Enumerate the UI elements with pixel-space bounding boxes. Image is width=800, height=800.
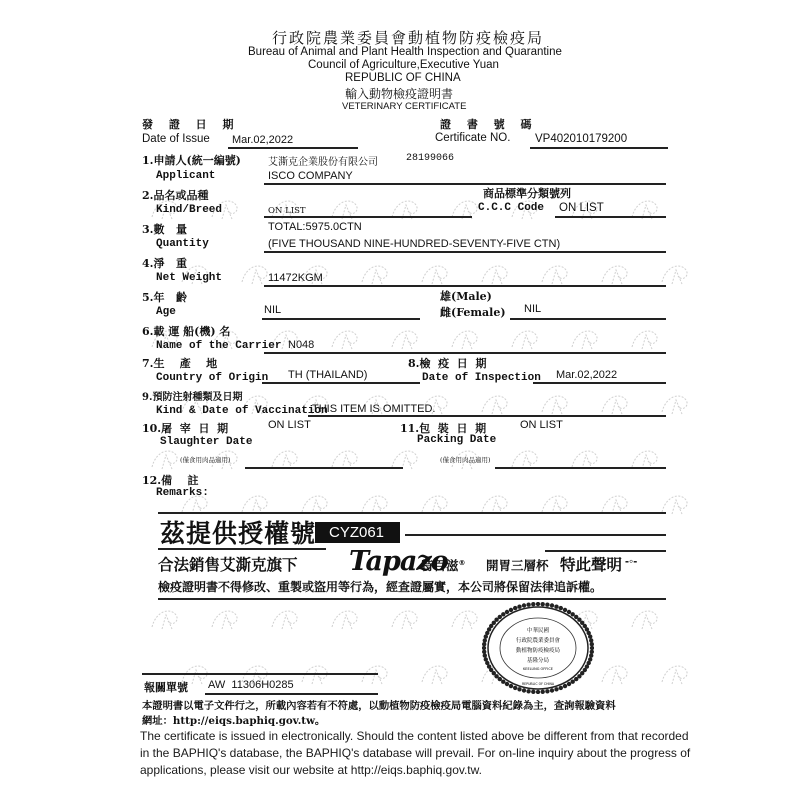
seal-line1: 中華民國 [527, 626, 550, 634]
kind-label-en: Kind/Breed [156, 204, 222, 216]
female-label: 雌(Female) [440, 304, 506, 320]
applicant-tax-id: 28199066 [406, 153, 454, 164]
customs-overline [142, 673, 378, 675]
sex-underline [510, 318, 666, 320]
issue-date-underline [228, 147, 358, 149]
quantity-value-line2: (FIVE THOUSAND NINE-HUNDRED-SEVENTY-FIVE… [268, 238, 560, 250]
male-label: 雄(Male) [440, 288, 492, 304]
seal-line3: 動植物防疫檢疫局 [516, 646, 561, 654]
slaughter-note: (僅食用肉品適用) [180, 455, 231, 464]
inspection-label-zh: 8.檢 疫 日 期 [408, 355, 486, 371]
age-label-zh: 5.年 齡 [142, 289, 187, 305]
cert-no-label-en: Certificate NO. [435, 132, 510, 144]
warning-underline [158, 598, 666, 600]
kind-value: ON LIST [268, 206, 306, 216]
issue-date-label-en: Date of Issue [142, 133, 210, 145]
ccc-label-zh: 商品標準分類號列 [483, 185, 571, 201]
ccc-value: ON LIST [559, 202, 604, 214]
net-weight-value: 11472KGM [268, 272, 323, 284]
seal-line4: 基隆分局 [527, 656, 550, 664]
carrier-label-zh: 6.載 運 船(機) 名 [142, 323, 230, 339]
council-name-en: Council of Agriculture,Executive Yuan [308, 59, 499, 71]
customs-label-zh: 報關單號 [144, 679, 188, 695]
slaughter-value: ON LIST [268, 419, 311, 431]
country-name-en: REPUBLIC OF CHINA [345, 72, 461, 84]
inspection-value: Mar.02,2022 [556, 369, 617, 381]
notice-zh-line1: 本證明書以電子文件行之，所載內容若有不符處，以動植物防疫檢疫局電腦資料紀錄為主，… [142, 697, 616, 712]
official-seal: 中華民國 行政院農業委員會 動植物防疫檢疫局 基隆分局 KEELUNG OFFI… [482, 602, 594, 694]
notice-en-line2: in the BAPHIQ's database, the BAPHIQ's d… [140, 745, 690, 762]
carrier-underline [264, 352, 666, 354]
registered-mark: ® [459, 559, 466, 567]
applicant-value-zh: 艾澌克企業股份有限公司 [268, 153, 378, 168]
authorization-line [405, 534, 666, 536]
legal-sale-text: 合法銷售艾澌克旗下 [158, 553, 298, 575]
inspection-underline [533, 382, 666, 384]
quantity-underline [264, 251, 666, 253]
cert-no-underline [530, 147, 668, 149]
age-label-en: Age [156, 306, 176, 318]
age-value: NIL [264, 304, 281, 316]
declaration-text: 特此聲明 [560, 553, 622, 575]
kind-label-zh: 2.品名或品種 [142, 187, 208, 203]
certificate-title-en: VETERINARY CERTIFICATE [342, 101, 466, 112]
declaration-dash: -◦- [625, 554, 637, 568]
quantity-label-en: Quantity [156, 238, 209, 250]
carrier-label-en: Name of the Carrier [156, 340, 281, 352]
ccc-underline [555, 216, 666, 218]
quantity-label-zh: 3.數 量 [142, 221, 187, 237]
slaughter-label-zh: 10.屠 宰 日 期 [142, 420, 228, 436]
origin-underline [262, 382, 420, 384]
applicant-underline [264, 183, 666, 185]
kind-underline [264, 216, 472, 218]
packing-underline [495, 467, 666, 469]
net-weight-underline [264, 285, 666, 287]
declaration-overline [545, 550, 666, 552]
sex-value: NIL [524, 303, 541, 315]
quantity-value-line1: TOTAL:5975.0CTN [268, 221, 362, 233]
authorization-title: 茲提供授權號 [160, 514, 316, 550]
seal-country-text: REPUBLIC OF CHINA [522, 682, 555, 686]
issue-date-label-zh: 發 證 日 期 [142, 116, 240, 132]
vaccination-label-zh: 9.預防注射種類及日期 [142, 388, 242, 403]
customs-underline [205, 693, 378, 695]
agency-name-en: Bureau of Animal and Plant Health Inspec… [248, 46, 562, 58]
cert-no-value: VP402010179200 [535, 133, 627, 145]
applicant-label-en: Applicant [156, 170, 215, 182]
origin-label-en: Country of Origin [156, 372, 268, 384]
brand-zh-text: 特百滋 [421, 558, 459, 573]
applicant-value-en: ISCO COMPANY [268, 170, 353, 182]
veterinary-certificate: 行政院農業委員會動植物防疫檢疫局 Bureau of Animal and Pl… [0, 0, 800, 800]
notice-zh-line2: 網址：http://eiqs.baphiq.gov.tw。 [142, 712, 325, 727]
cert-no-label-zh: 證 書 號 碼 [440, 116, 538, 132]
agency-name-zh: 行政院農業委員會動植物防疫檢疫局 [272, 27, 544, 48]
origin-label-zh: 7.生 產 地 [142, 355, 217, 371]
authorization-code: CYZ061 [315, 522, 400, 543]
remarks-label-zh: 12.備 註 [142, 472, 198, 488]
remarks-label-en: Remarks: [156, 487, 209, 499]
issue-date-value: Mar.02,2022 [232, 134, 293, 146]
slaughter-label-en: Slaughter Date [160, 436, 252, 448]
applicant-label-zh: 1.申請人(統一編號) [142, 152, 241, 168]
vaccination-underline [308, 415, 666, 417]
watermark-pattern [0, 0, 800, 800]
notice-en-line3: applications, please visit our website a… [140, 762, 482, 779]
inspection-label-en: Date of Inspection [422, 372, 541, 384]
seal-line2: 行政院農業委員會 [516, 636, 561, 644]
age-underline [262, 318, 420, 320]
brand-name-zh: 特百滋® [421, 556, 466, 574]
packing-value: ON LIST [520, 419, 563, 431]
origin-value: TH (THAILAND) [288, 369, 367, 381]
net-weight-label-en: Net Weight [156, 272, 222, 284]
carrier-value: N048 [288, 339, 314, 351]
packing-note: (僅食用肉品適用) [440, 455, 491, 464]
customs-value: AW 11306H0285 [208, 679, 294, 691]
net-weight-label-zh: 4.淨 重 [142, 255, 187, 271]
product-name: 開胃三層杯 [486, 556, 549, 574]
authorization-underline [158, 548, 326, 550]
packing-label-en: Packing Date [417, 434, 496, 446]
notice-en-line1: The certificate is issued in electronica… [140, 728, 689, 745]
ccc-label-en: C.C.C Code [478, 202, 544, 214]
warning-text: 檢疫證明書不得修改、重製或盜用等行為，經查證屬實，本公司將保留法律追訴權。 [158, 578, 602, 595]
vaccination-label-en: Kind & Date of Vaccination [156, 405, 328, 417]
seal-bottom-text: KEELUNG OFFICE [523, 667, 553, 671]
vaccination-value: THIS ITEM IS OMITTED. [312, 403, 435, 415]
slaughter-underline [245, 467, 403, 469]
certificate-title-zh: 輸入動物檢疫證明書 [345, 85, 453, 102]
